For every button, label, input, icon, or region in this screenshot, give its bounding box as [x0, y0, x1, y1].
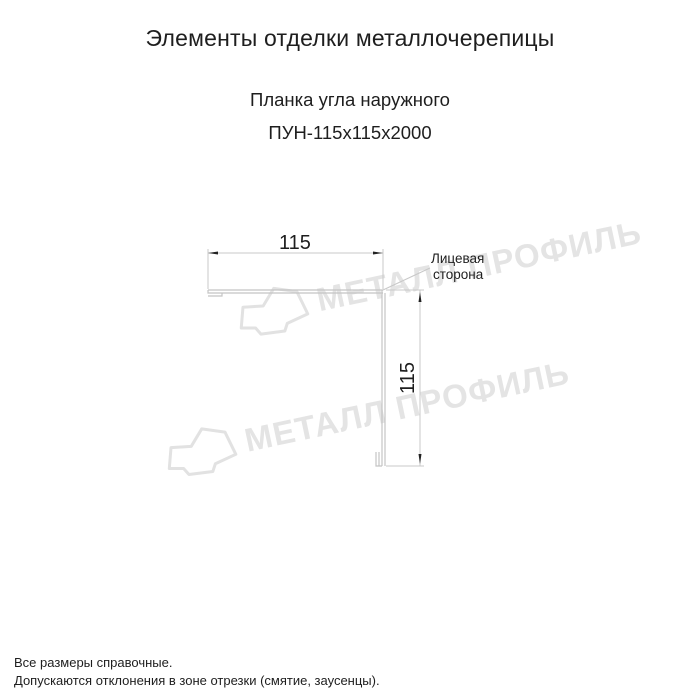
footer-note-tolerances: Допускаются отклонения в зоне отрезки (с… — [14, 673, 380, 688]
roof-logo-icon — [235, 283, 311, 340]
face-side-label-line2: сторона — [433, 267, 484, 282]
dimension-horizontal: 115 — [208, 232, 383, 255]
technical-drawing: МЕТАЛЛ ПРОФИЛЬ МЕТАЛЛ ПРОФИЛЬ 115 — [0, 0, 700, 700]
dimension-vertical-value: 115 — [397, 362, 419, 394]
footer-note-dimensions: Все размеры справочные. — [14, 655, 172, 670]
roof-logo-icon — [163, 423, 239, 480]
watermark-lower: МЕТАЛЛ ПРОФИЛЬ — [163, 352, 574, 480]
face-side-label-line1: Лицевая — [431, 251, 484, 266]
dimension-horizontal-value: 115 — [279, 232, 311, 254]
dimension-vertical: 115 — [397, 290, 422, 466]
